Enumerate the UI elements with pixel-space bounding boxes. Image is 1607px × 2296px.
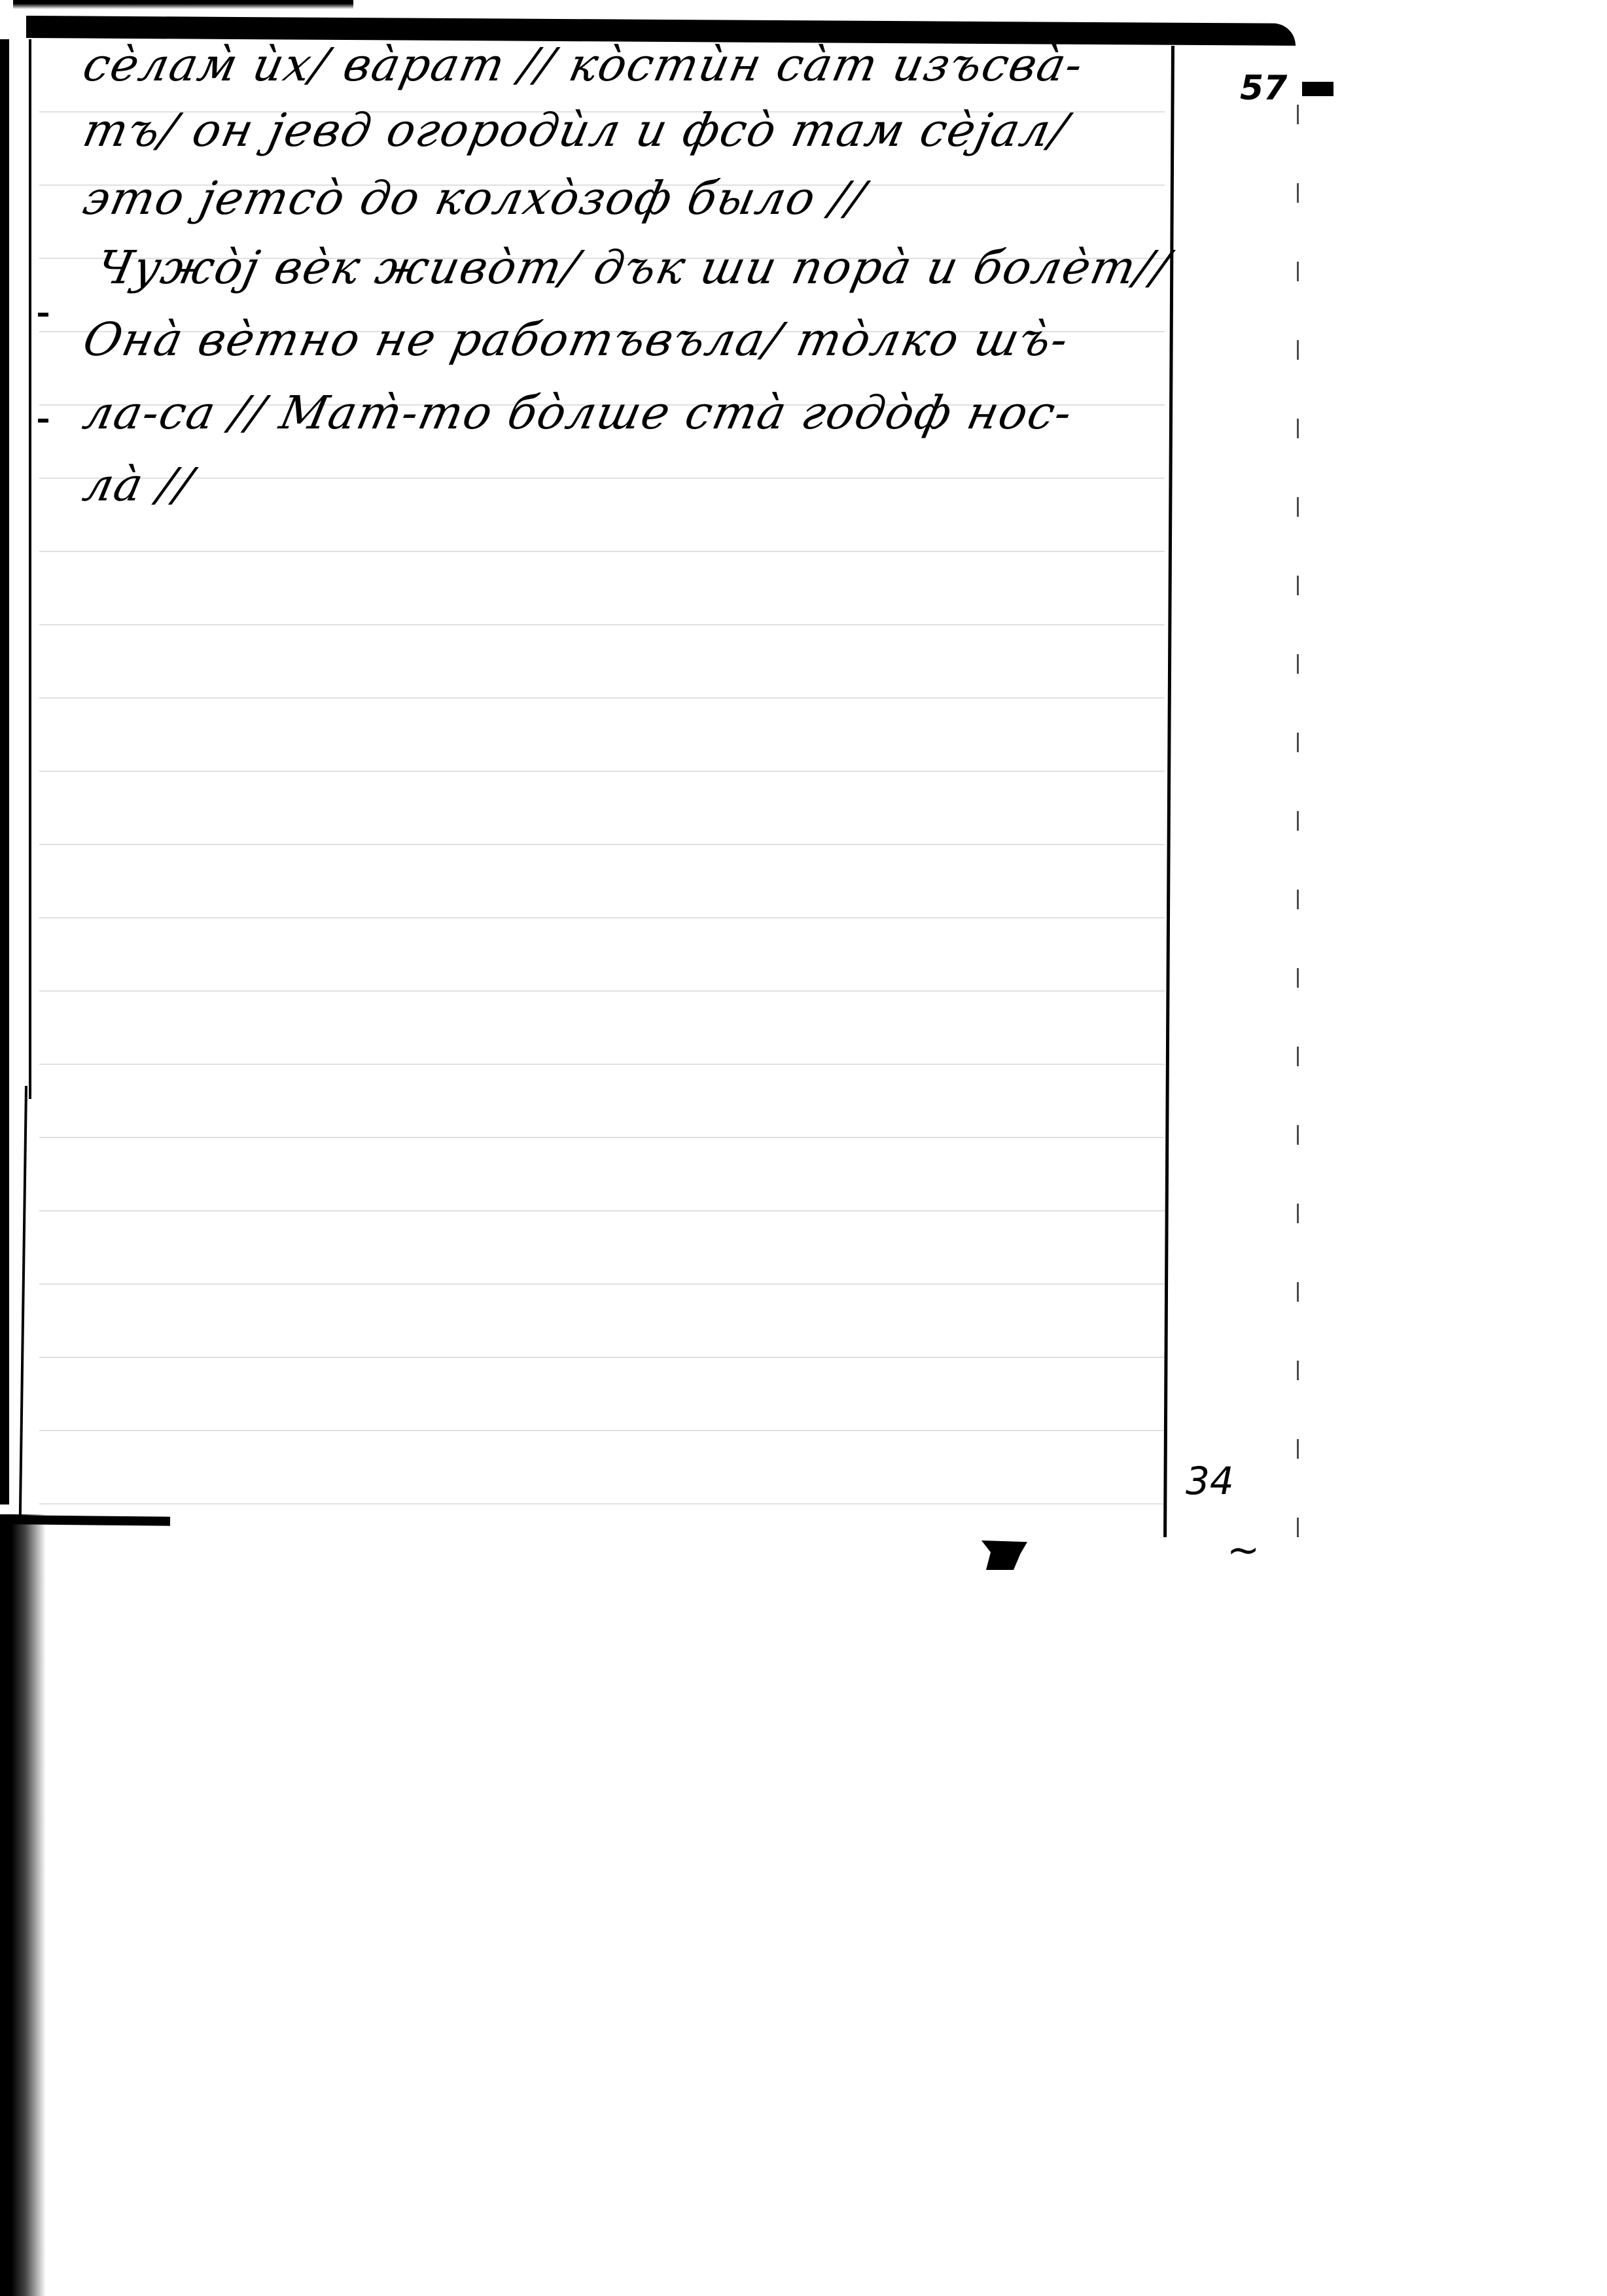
scanned-page: сѐлам̀ ѝх/ ва̀рат // ко̀стѝн са̀т изъсва…	[0, 0, 1607, 2296]
handwritten-line: сѐлам̀ ѝх/ ва̀рат // ко̀стѝн са̀т изъсва…	[79, 38, 1089, 92]
handwritten-line: ла-са // Мат̀-то бо̀лше ста̀ годо̀ф нос-	[79, 386, 1078, 440]
ink-mark	[1302, 82, 1333, 96]
scan-left-edge-shadow	[0, 1514, 46, 2296]
ink-smudge	[981, 1540, 1027, 1570]
handwritten-line: тъ/ он јевд огородѝл и фсо̀ там сѐјал/	[79, 103, 1074, 157]
page-number-top: 57	[1240, 69, 1287, 108]
margin-tick-mark	[38, 313, 48, 317]
margin-tick-mark	[38, 419, 48, 423]
handwritten-line: это јетсо̀ до колхо̀зоф было //	[79, 171, 871, 225]
handwritten-line: Чужо̀ј вѐк живо̀т/ дък ши пора̀ и болѐт/…	[92, 241, 1175, 294]
scan-left-edge	[0, 39, 9, 1505]
handwritten-line: ла̀ //	[79, 458, 198, 512]
page-number-bottom: 34	[1186, 1459, 1234, 1503]
tilde-mark: ~	[1227, 1527, 1260, 1573]
left-margin-rule	[29, 39, 31, 1099]
handwritten-line: Она̀ вѐтно не работъвъла/ то̀лко шъ̀-	[79, 313, 1074, 366]
page-bottom-edge	[0, 1515, 170, 1526]
left-margin-rule-lower	[19, 1086, 27, 1518]
scan-top-edge	[13, 0, 353, 9]
outer-right-page-edge	[1297, 105, 1299, 1544]
